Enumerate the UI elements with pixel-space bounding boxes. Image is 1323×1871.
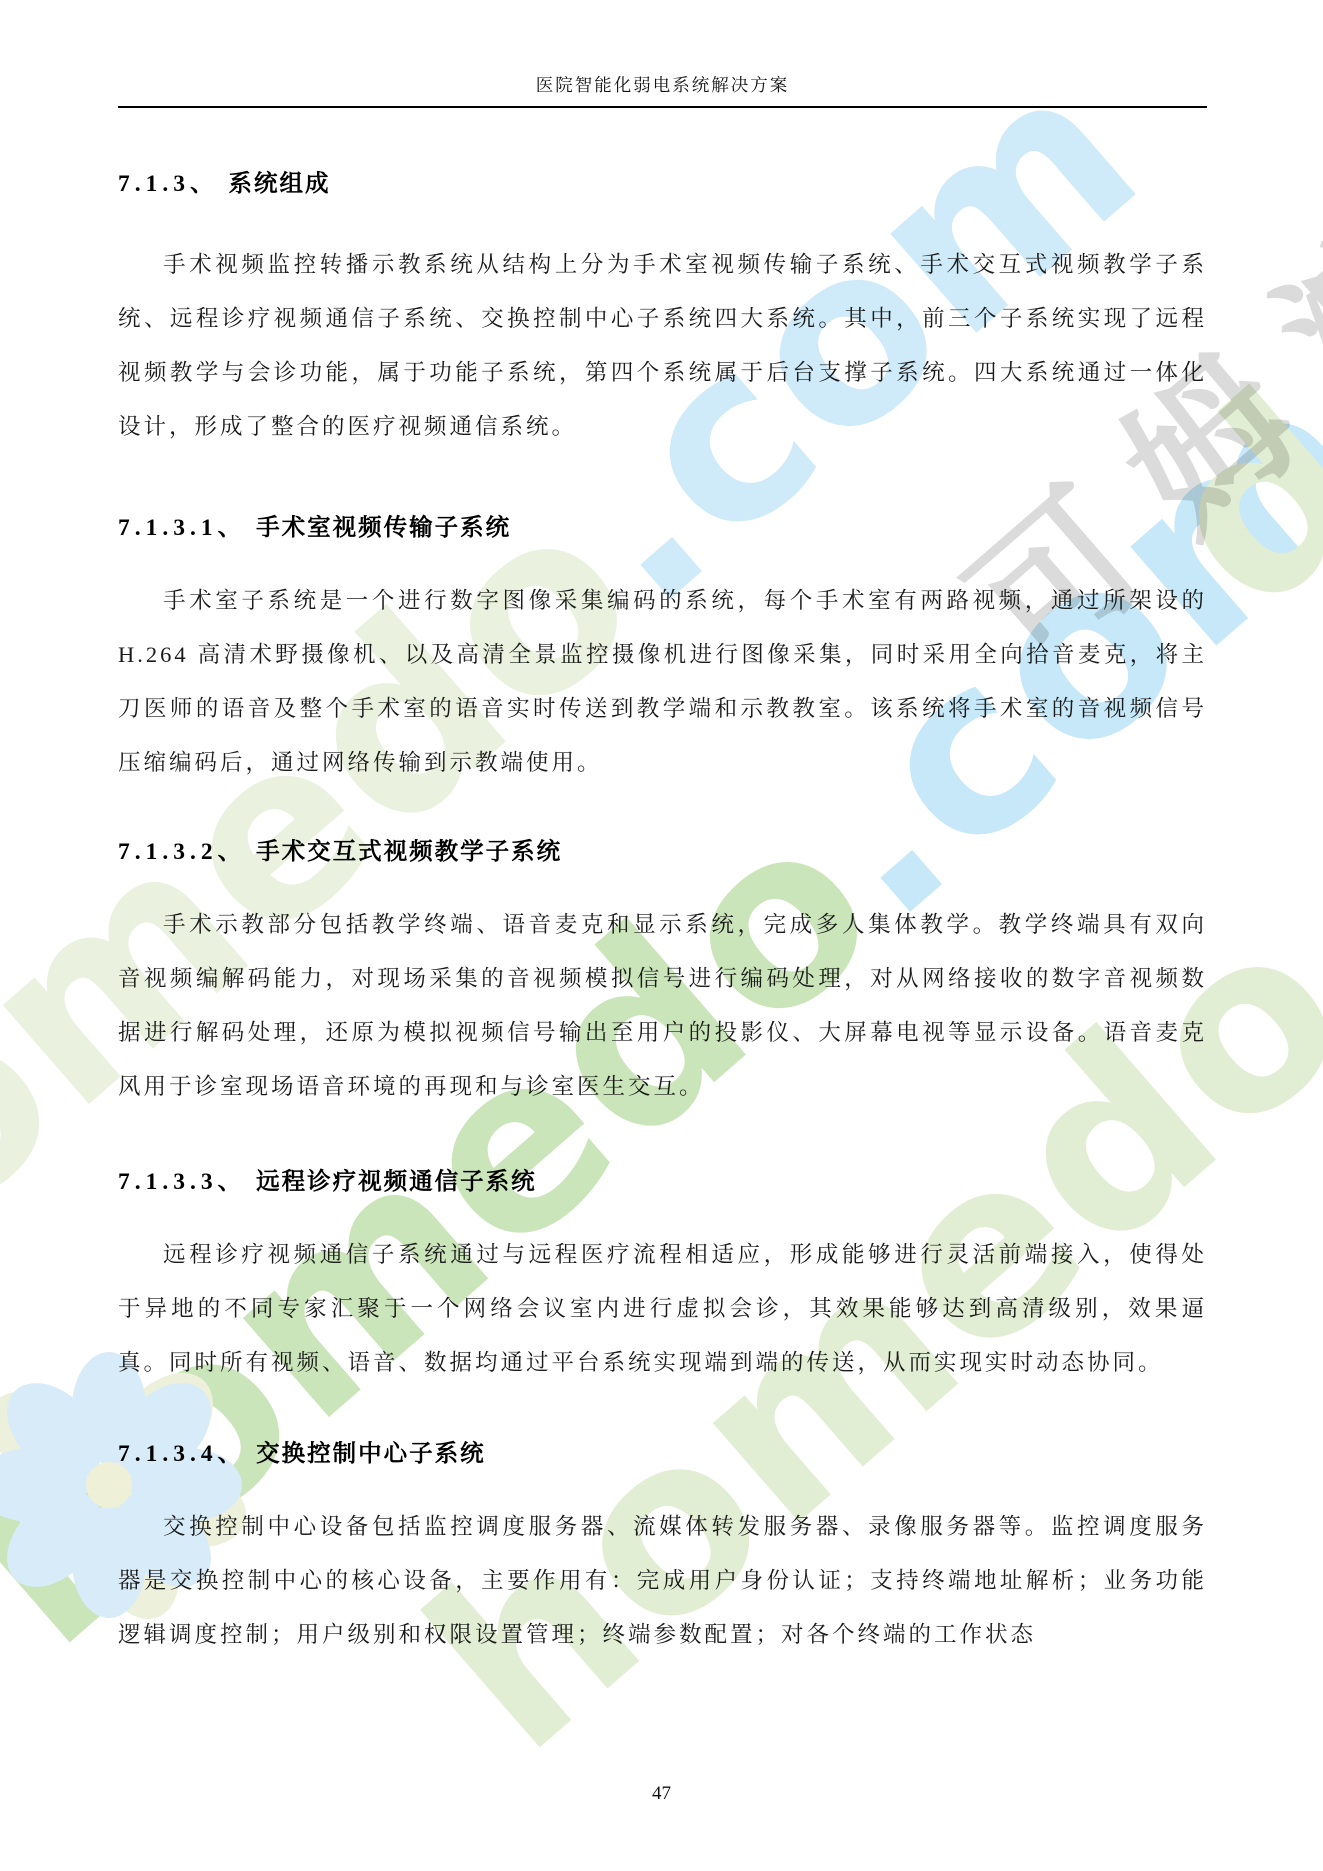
section-heading-7-1-3-3: 7.1.3.3、远程诊疗视频通信子系统	[118, 1162, 1207, 1196]
section-number: 7.1.3.3、	[118, 1169, 246, 1195]
section-title: 系统组成	[229, 170, 331, 196]
section-number: 7.1.3、	[118, 171, 219, 197]
section-title: 手术室视频传输子系统	[256, 514, 511, 540]
paragraph: 交换控制中心设备包括监控调度服务器、流媒体转发服务器、录像服务器等。监控调度服务…	[118, 1500, 1207, 1662]
paragraph: 远程诊疗视频通信子系统通过与远程医疗流程相适应，形成能够进行灵活前端接入，使得处…	[118, 1228, 1207, 1390]
section-heading-7-1-3-1: 7.1.3.1、手术室视频传输子系统	[118, 508, 1207, 542]
section-title: 手术交互式视频教学子系统	[256, 838, 562, 864]
section-number: 7.1.3.2、	[118, 839, 246, 865]
paragraph: 手术示教部分包括教学终端、语音麦克和显示系统，完成多人集体教学。教学终端具有双向…	[118, 898, 1207, 1114]
section-number: 7.1.3.1、	[118, 515, 246, 541]
paragraph: 手术室子系统是一个进行数字图像采集编码的系统，每个手术室有两路视频，通过所架设的…	[118, 574, 1207, 790]
section-heading-7-1-3-4: 7.1.3.4、交换控制中心子系统	[118, 1434, 1207, 1468]
section-title: 交换控制中心子系统	[256, 1440, 486, 1466]
document-page: homedo.com homedo.com homedo.com do 可姆渡	[0, 0, 1323, 1871]
section-heading-7-1-3-2: 7.1.3.2、手术交互式视频教学子系统	[118, 832, 1207, 866]
section-heading-7-1-3: 7.1.3、系统组成	[118, 164, 1207, 198]
document-content: 医院智能化弱电系统解决方案 7.1.3、系统组成 手术视频监控转播示教系统从结构…	[0, 0, 1323, 1662]
page-number: 47	[0, 1783, 1323, 1805]
paragraph: 手术视频监控转播示教系统从结构上分为手术室视频传输子系统、手术交互式视频教学子系…	[118, 238, 1207, 454]
section-number: 7.1.3.4、	[118, 1441, 246, 1467]
section-title: 远程诊疗视频通信子系统	[256, 1168, 537, 1194]
page-header-title: 医院智能化弱电系统解决方案	[118, 0, 1207, 97]
header-divider	[118, 106, 1207, 108]
